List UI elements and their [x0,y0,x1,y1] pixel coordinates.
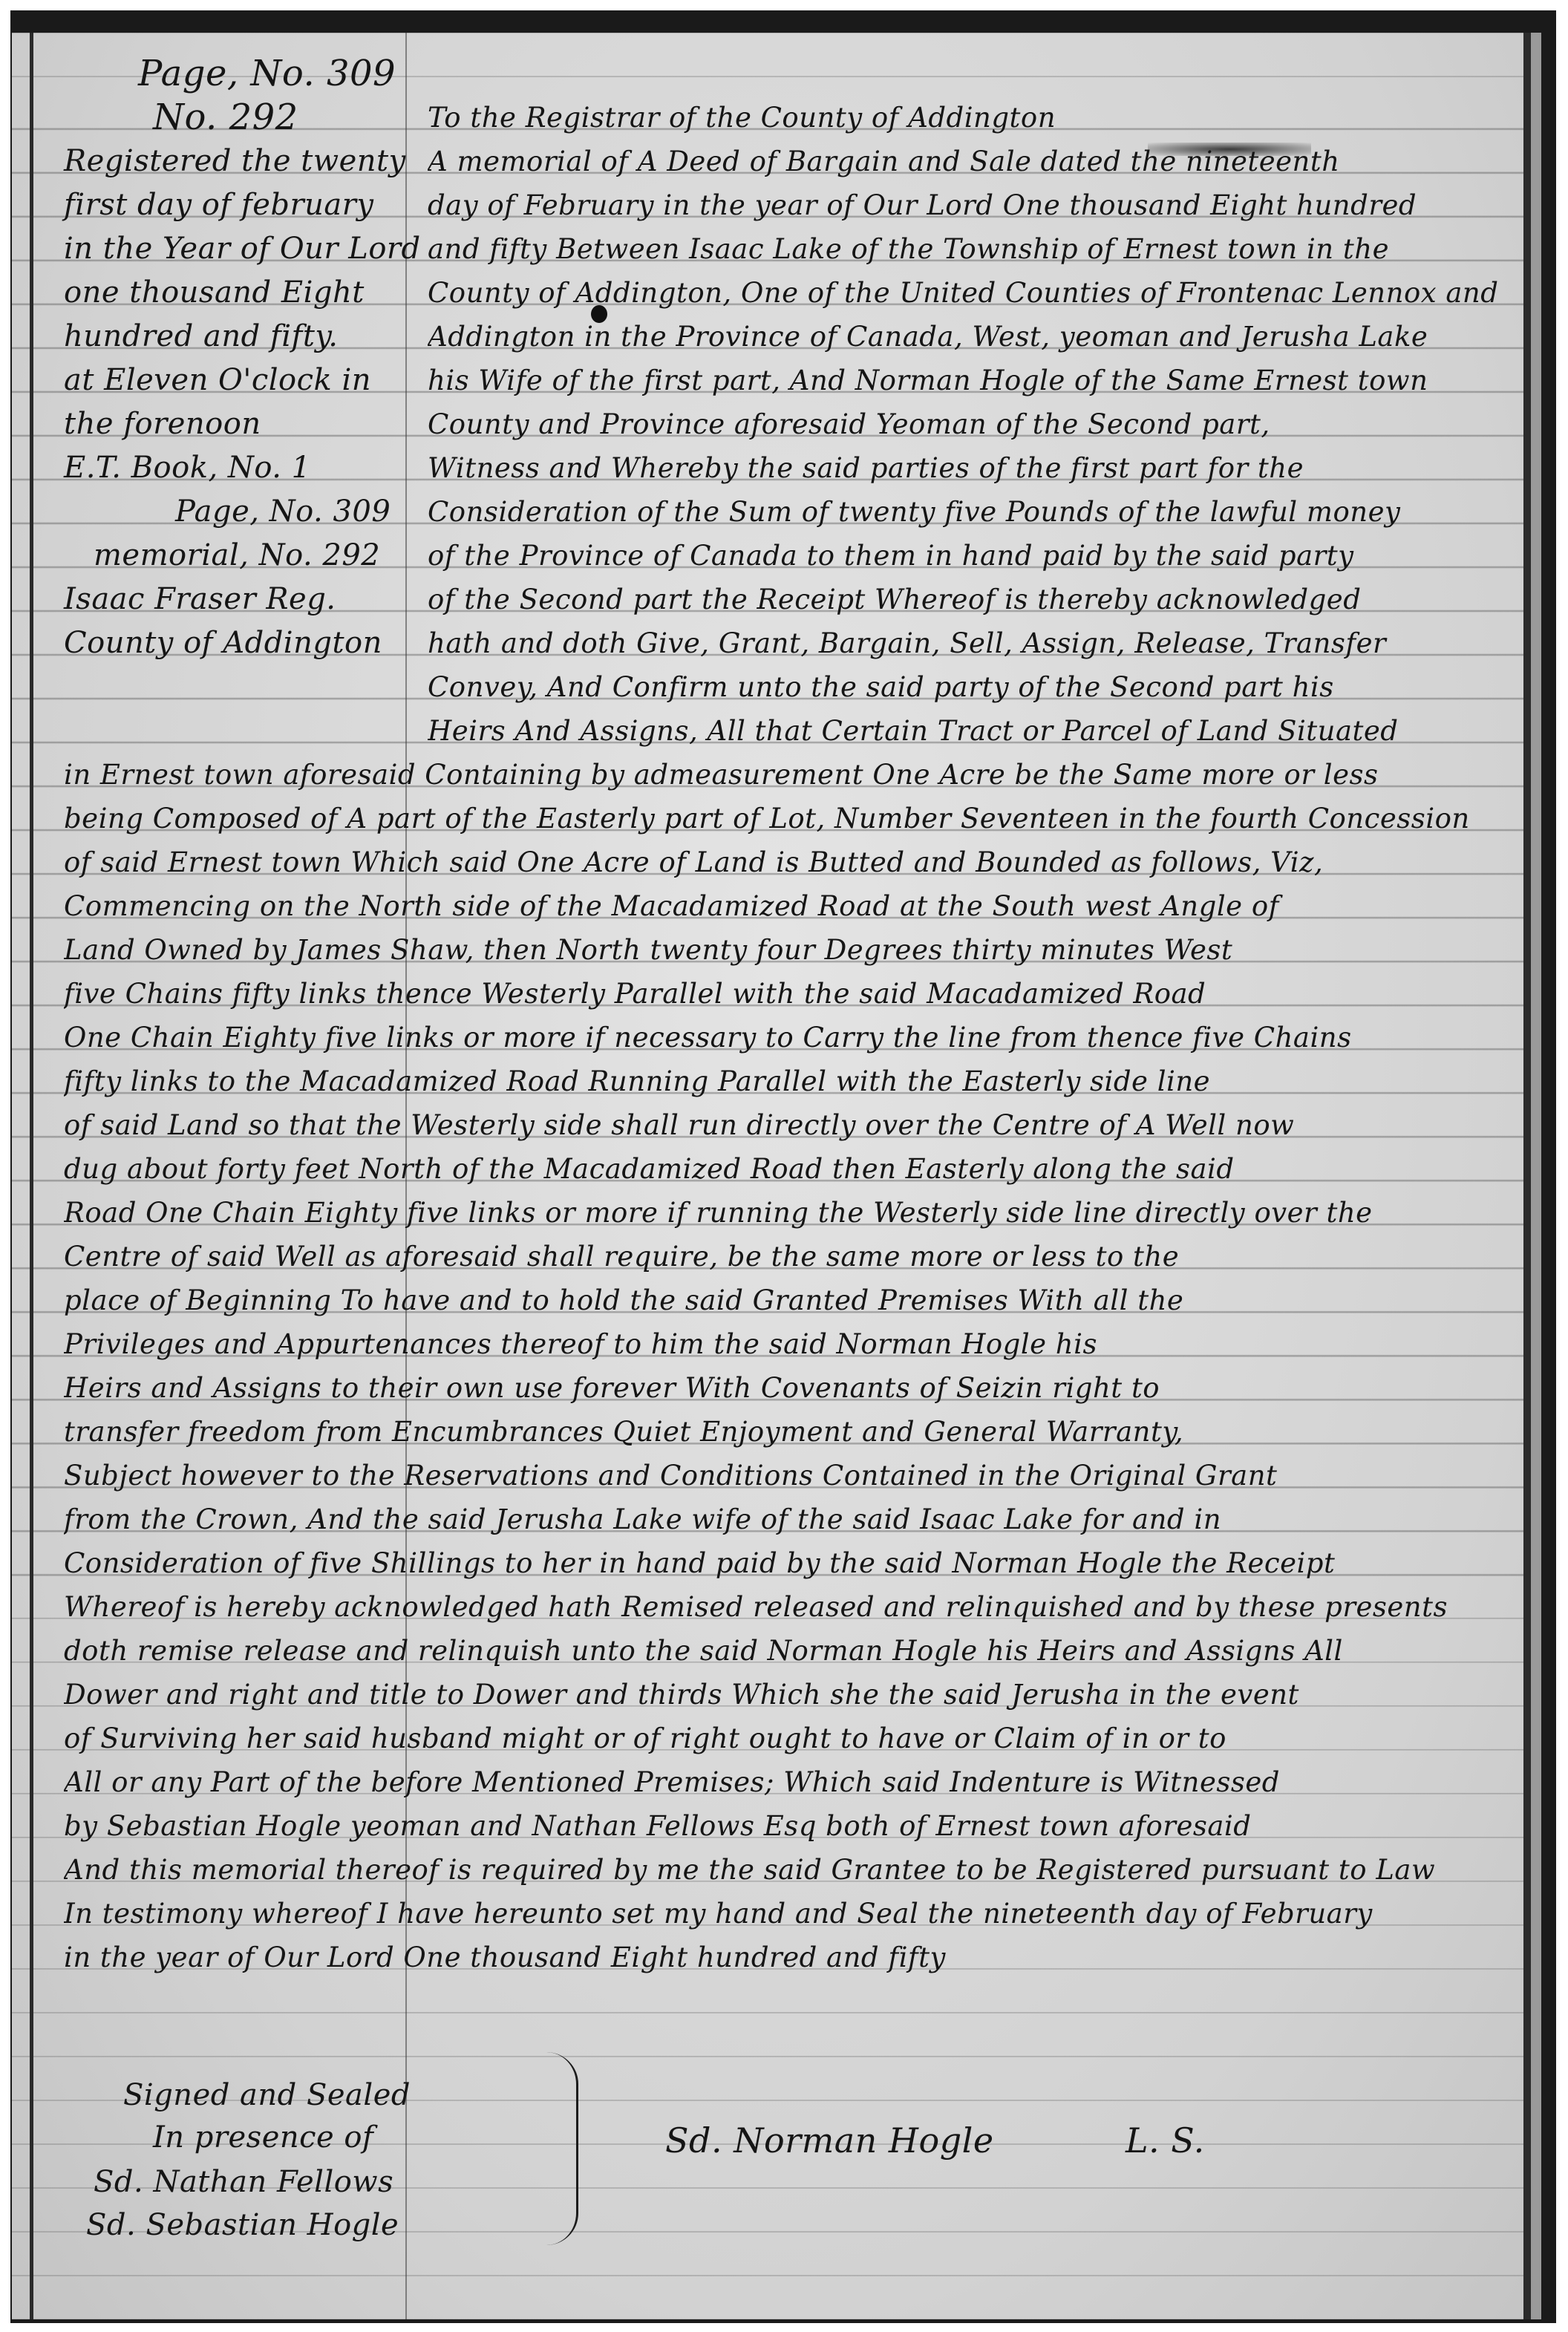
ledger-page: Page, No. 309 No. 292 Registered the twe… [12,33,1541,2319]
memorial-body-upper: To the Registrar of the County of Adding… [428,96,1526,753]
memorial-line: hath and doth Give, Grant, Bargain, Sell… [428,621,1526,665]
margin-entry-number: No. 292 [64,96,413,140]
memorial-line: being Composed of A part of the Easterly… [64,797,1526,840]
memorial-line: of said Land so that the Westerly side s… [64,1103,1526,1147]
margin-page-ref: Page, No. 309 [64,52,413,96]
memorial-line: Subject however to the Reservations and … [64,1454,1526,1497]
memorial-line: day of February in the year of Our Lord … [428,183,1526,227]
margin-line: the forenoon [64,402,413,446]
memorial-line: One Chain Eighty five links or more if n… [64,1016,1526,1059]
memorial-line: Commencing on the North side of the Maca… [64,884,1526,928]
memorial-line: and fifty Between Isaac Lake of the Town… [428,227,1526,271]
signature-brace [546,2052,578,2245]
memorial-line: Dower and right and title to Dower and t… [64,1673,1526,1717]
memorial-line: Heirs and Assigns to their own use forev… [64,1366,1526,1410]
margin-book-ref: E.T. Book, No. 1 [64,446,413,490]
memorial-line: In testimony whereof I have hereunto set… [64,1892,1526,1936]
memorial-line: in Ernest town aforesaid Containing by a… [64,753,1526,797]
margin-county: County of Addington [64,621,413,665]
memorial-line: from the Crown, And the said Jerusha Lak… [64,1497,1526,1541]
memorial-line: A memorial of A Deed of Bargain and Sale… [428,140,1526,183]
memorial-line: of said Ernest town Which said One Acre … [64,840,1526,884]
memorial-line: doth remise release and relinquish unto … [64,1629,1526,1673]
margin-line: at Eleven O'clock in [64,359,413,402]
memorial-line: Witness and Whereby the said parties of … [428,446,1526,490]
memorial-line: in the year of Our Lord One thousand Eig… [64,1936,1526,1979]
seal-mark: L. S. [1126,2120,1205,2160]
memorial-line: transfer freedom from Encumbrances Quiet… [64,1410,1526,1454]
in-presence-of: In presence of [153,2120,373,2155]
margin-memorial-ref: memorial, No. 292 [64,534,413,578]
memorial-line: of the Province of Canada to them in han… [428,534,1526,578]
margin-registrar: Isaac Fraser Reg. [64,578,413,621]
memorial-line: of the Second part the Receipt Whereof i… [428,578,1526,621]
memorial-line: Road One Chain Eighty five links or more… [64,1191,1526,1235]
margin-registration-column: Page, No. 309 No. 292 Registered the twe… [64,52,413,665]
memorial-line: Convey, And Confirm unto the said party … [428,665,1526,709]
memorial-line: fifty links to the Macadamized Road Runn… [64,1059,1526,1103]
memorial-line: County and Province aforesaid Yeoman of … [428,402,1526,446]
memorial-line: All or any Part of the before Mentioned … [64,1760,1526,1804]
memorial-line: County of Addington, One of the United C… [428,271,1526,315]
memorial-heading: To the Registrar of the County of Adding… [428,96,1526,140]
margin-line: in the Year of Our Lord [64,227,413,271]
memorial-line: Whereof is hereby acknowledged hath Remi… [64,1585,1526,1629]
memorial-line: Centre of said Well as aforesaid shall r… [64,1235,1526,1278]
memorial-line: Consideration of five Shillings to her i… [64,1541,1526,1585]
memorial-line: Heirs And Assigns, All that Certain Trac… [428,709,1526,753]
memorial-line: Land Owned by James Shaw, then North twe… [64,928,1526,972]
margin-line: first day of february [64,183,413,227]
witness-nathan-fellows: Sd. Nathan Fellows [94,2165,393,2199]
memorial-line: place of Beginning To have and to hold t… [64,1278,1526,1322]
memorial-line: dug about forty feet North of the Macada… [64,1147,1526,1191]
memorial-line: his Wife of the first part, And Norman H… [428,359,1526,402]
memorial-line: by Sebastian Hogle yeoman and Nathan Fel… [64,1804,1526,1848]
margin-line: hundred and fifty. [64,315,413,359]
witness-sebastian-hogle: Sd. Sebastian Hogle [86,2208,399,2242]
grantee-signature-norman-hogle: Sd. Norman Hogle [665,2120,994,2160]
memorial-line: Addington in the Province of Canada, Wes… [428,315,1526,359]
memorial-line: And this memorial thereof is required by… [64,1848,1526,1892]
memorial-line: of Surviving her said husband might or o… [64,1717,1526,1760]
margin-page-ref-2: Page, No. 309 [64,490,413,534]
memorial-line: Consideration of the Sum of twenty five … [428,490,1526,534]
memorial-body-lower: in Ernest town aforesaid Containing by a… [64,753,1526,1979]
memorial-line: five Chains fifty links thence Westerly … [64,972,1526,1016]
margin-line: Registered the twenty [64,140,413,183]
memorial-line: Privileges and Appurtenances thereof to … [64,1322,1526,1366]
right-page-edge [1531,33,1541,2319]
margin-line: one thousand Eight [64,271,413,315]
signed-and-sealed: Signed and Sealed [123,2078,411,2112]
left-margin-rule [30,33,33,2319]
